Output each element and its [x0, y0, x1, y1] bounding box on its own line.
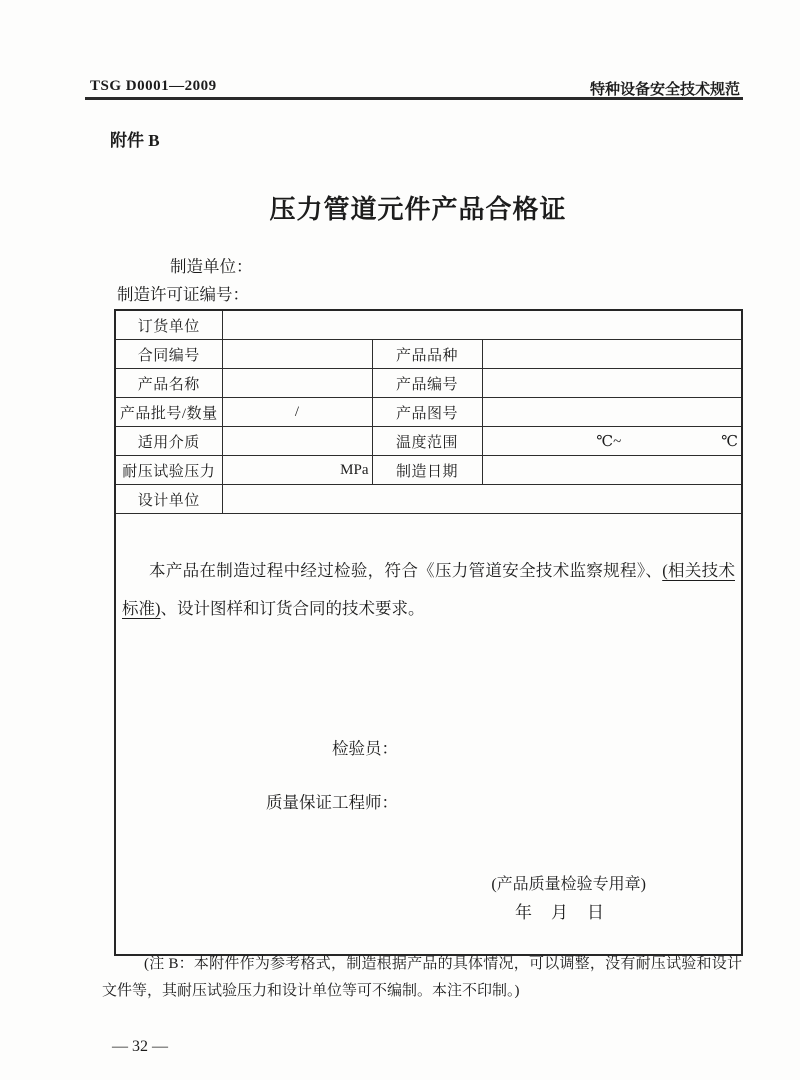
field-label-product-no: 产品编号	[372, 369, 482, 398]
field-label-drawing-no: 产品图号	[372, 398, 482, 427]
field-value-manufacture-date	[482, 456, 742, 485]
page-number: — 32 —	[112, 1038, 168, 1056]
declaration-cell: 本产品在制造过程中经过检验，符合《压力管道安全技术监察规程》、(相关技术标准)、…	[115, 514, 742, 956]
table-row: 产品名称 产品编号	[115, 369, 742, 398]
field-label-batch-quantity: 产品批号/数量	[115, 398, 222, 427]
footnote: (注 B：本附件作为参考格式，制造根据产品的具体情况，可以调整，没有耐压试验和设…	[102, 951, 742, 1005]
table-row: 产品批号/数量 / 产品图号	[115, 398, 742, 427]
field-label-product-variety: 产品品种	[372, 340, 482, 369]
page-title: 压力管道元件产品合格证	[0, 189, 800, 226]
field-value-product-variety	[482, 340, 742, 369]
field-value-batch-quantity: /	[222, 398, 372, 427]
document-page: TSG D0001—2009 特种设备安全技术规范 附件 B 压力管道元件产品合…	[0, 0, 800, 1080]
field-label-temperature-range: 温度范围	[372, 427, 482, 456]
field-value-order-unit	[222, 310, 742, 340]
field-label-contract-no: 合同编号	[115, 340, 222, 369]
table-row: 适用介质 温度范围 ℃~℃	[115, 427, 742, 456]
date-line: 年 月 日	[515, 898, 605, 923]
manufacturer-label: 制造单位：	[170, 253, 253, 277]
temperature-from-unit: ℃~	[596, 434, 721, 450]
header-spec-name: 特种设备安全技术规范	[590, 78, 740, 99]
temperature-to-unit: ℃	[721, 434, 738, 450]
table-row: 订货单位	[115, 310, 742, 340]
license-number-label: 制造许可证编号：	[117, 281, 249, 305]
declaration-area: 本产品在制造过程中经过检验，符合《压力管道安全技术监察规程》、(相关技术标准)、…	[119, 514, 738, 954]
field-label-pressure-test: 耐压试验压力	[115, 456, 222, 485]
field-value-contract-no	[222, 340, 372, 369]
table-row: 耐压试验压力 MPa 制造日期	[115, 456, 742, 485]
field-value-drawing-no	[482, 398, 742, 427]
certificate-form: 订货单位 合同编号 产品品种 产品名称 产品编号 产品批号/数量 / 产品图号	[114, 309, 743, 956]
field-label-applicable-medium: 适用介质	[115, 427, 222, 456]
seal-note: (产品质量检验专用章)	[491, 871, 646, 894]
declaration-text-after: 、设计图样和订货合同的技术要求。	[161, 599, 425, 618]
table-row: 设计单位	[115, 485, 742, 514]
field-value-product-no	[482, 369, 742, 398]
header-rule	[85, 97, 743, 100]
field-value-product-name	[222, 369, 372, 398]
attachment-label: 附件 B	[110, 126, 160, 151]
field-value-design-unit	[222, 485, 742, 514]
certificate-form-table: 订货单位 合同编号 产品品种 产品名称 产品编号 产品批号/数量 / 产品图号	[114, 309, 743, 956]
field-label-design-unit: 设计单位	[115, 485, 222, 514]
table-row: 合同编号 产品品种	[115, 340, 742, 369]
declaration-paragraph: 本产品在制造过程中经过检验，符合《压力管道安全技术监察规程》、(相关技术标准)、…	[122, 552, 735, 628]
table-row: 本产品在制造过程中经过检验，符合《压力管道安全技术监察规程》、(相关技术标准)、…	[115, 514, 742, 956]
field-value-pressure-test-unit: MPa	[222, 456, 372, 485]
field-value-temperature-range: ℃~℃	[482, 427, 742, 456]
field-label-manufacture-date: 制造日期	[372, 456, 482, 485]
qa-engineer-signature-label: 质量保证工程师：	[266, 789, 398, 813]
declaration-text-before: 本产品在制造过程中经过检验，符合《压力管道安全技术监察规程》、	[149, 561, 662, 580]
inspector-signature-label: 检验员：	[332, 735, 398, 759]
field-label-order-unit: 订货单位	[115, 310, 222, 340]
field-value-applicable-medium	[222, 427, 372, 456]
field-label-product-name: 产品名称	[115, 369, 222, 398]
header-doc-code: TSG D0001—2009	[90, 78, 217, 95]
